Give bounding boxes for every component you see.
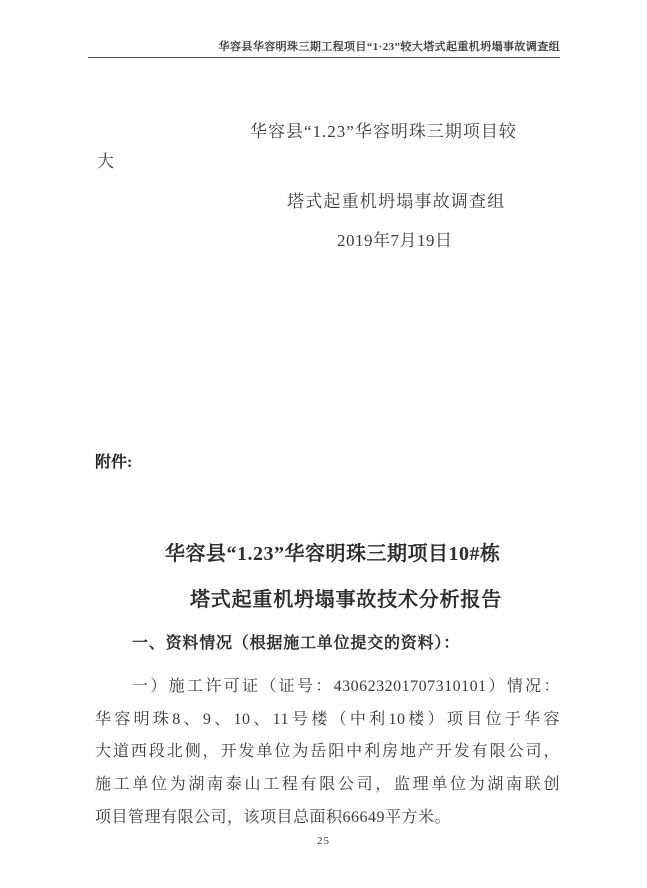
paragraph-line: 华容明珠8、9、10、11号楼（中利10楼）项目位于华容 <box>95 709 560 731</box>
report-title-line-2: 塔式起重机坍塌事故技术分析报告 <box>190 583 502 612</box>
page-header-title: 华容县华容明珠三期工程项目“1·23”较大塔式起重机坍塌事故调查组 <box>219 38 560 54</box>
paragraph-line: 施工单位为湖南泰山工程有限公司，监理单位为湖南联创 <box>95 774 560 796</box>
cover-title-overflow-char: 大 <box>97 147 114 172</box>
cover-date: 2019年7月19日 <box>337 226 453 251</box>
section-heading: 一、资料情况（根据施工单位提交的资料）： <box>132 630 460 653</box>
paragraph-line: 大道西段北侧，开发单位为岳阳中利房地产开发有限公司， <box>95 741 560 763</box>
header-divider-rule <box>88 57 560 58</box>
paragraph-line: 项目管理有限公司，该项目总面积66649平方米。 <box>95 807 560 829</box>
attachment-label: 附件: <box>95 449 132 472</box>
report-title-line-1: 华容县“1.23”华容明珠三期项目10#栋 <box>165 537 501 566</box>
document-page: 华容县华容明珠三期工程项目“1·23”较大塔式起重机坍塌事故调查组 华容县“1.… <box>0 0 647 888</box>
paragraph-line: 一）施工许可证（证号：430623201707310101）情况： <box>95 676 560 698</box>
page-number: 25 <box>0 835 647 847</box>
cover-subtitle: 塔式起重机坍塌事故调查组 <box>287 187 505 212</box>
cover-title-line-1: 华容县“1.23”华容明珠三期项目较 <box>250 117 517 142</box>
